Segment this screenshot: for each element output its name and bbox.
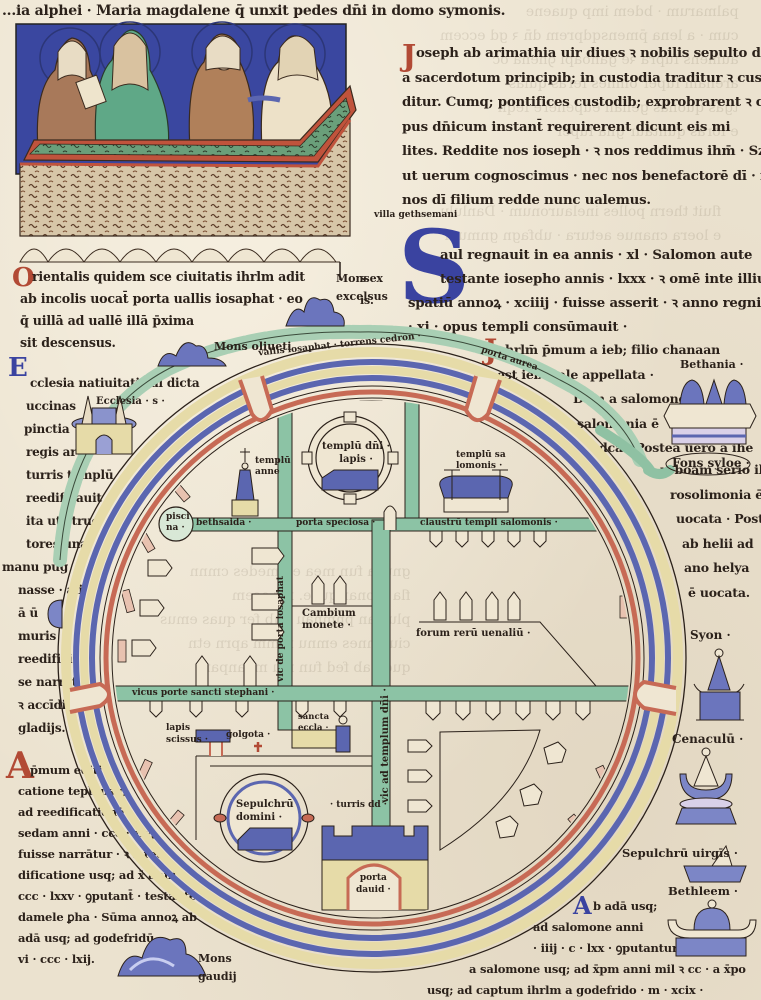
manuscript-page: palmarum · bdem imp quaene cum · a lena … — [0, 0, 761, 1000]
label-sepulchrum-virginis: Sepulchrū uirgīs · — [622, 846, 738, 860]
label-mons-oliueti: Mons oliueti — [214, 340, 291, 353]
label-bethsaida: bethsaida · — [196, 518, 251, 528]
label-vicus-templum-domini: vic ad templum dn̄i · — [380, 688, 391, 803]
label-bethania: Bethania · — [680, 358, 743, 371]
label-cenaculum: Cenaculū · — [672, 732, 743, 746]
left-margin-fragment: s ex is. — [360, 268, 383, 312]
label-templum-domini: templū dn̄i · lapis · — [322, 440, 390, 466]
label-sancta-ecclesia: sancta eccla · — [298, 712, 329, 734]
label-vicus-josaphat: vic de porta iosaphat — [276, 576, 286, 682]
templum-salomonis — [440, 470, 513, 512]
label-sepulchrum-domini: Sepulchrū domini · — [236, 798, 294, 824]
label-forum-rerum-venalium: forum rerū uenaliū · — [416, 628, 530, 639]
bethania-building-icon — [664, 380, 756, 444]
label-piscina: pisci na · — [166, 512, 190, 534]
cenaculum-building-icon — [676, 748, 736, 824]
label-syon: Syon · — [690, 628, 731, 642]
label-bethleem: Bethleem · — [668, 884, 738, 898]
tower-of-david — [322, 826, 428, 910]
label-cambium-monete: Cambium monete · — [302, 608, 356, 632]
label-mons-gaudii: Mons gaudij — [198, 950, 238, 986]
label-ecclesia: Ecclesia · s · — [96, 396, 165, 407]
street-north-east — [405, 400, 419, 520]
label-turris-david: · turris dd · — [330, 800, 387, 810]
label-lapis-scissus: lapis scissus · — [166, 722, 208, 746]
label-golgotha: golgota · — [226, 730, 270, 740]
label-templum-salomonis: templū sa lomonis · — [456, 450, 506, 472]
label-porta-speciosa: porta speciosa · — [296, 518, 375, 528]
syon-tower-icon — [694, 649, 744, 720]
label-templum-anne: templū anne — [255, 456, 291, 478]
bethleem-church-icon — [668, 900, 756, 956]
label-claustrum-templi: claustrū templi salomonis · — [420, 518, 558, 528]
label-vicus-stephani: vicus porte sancti stephani · — [132, 688, 274, 698]
label-fons-syloe: Fons syloe · — [672, 456, 750, 470]
house-markers — [132, 531, 590, 838]
label-porta-david: porta dauid · — [356, 872, 391, 896]
